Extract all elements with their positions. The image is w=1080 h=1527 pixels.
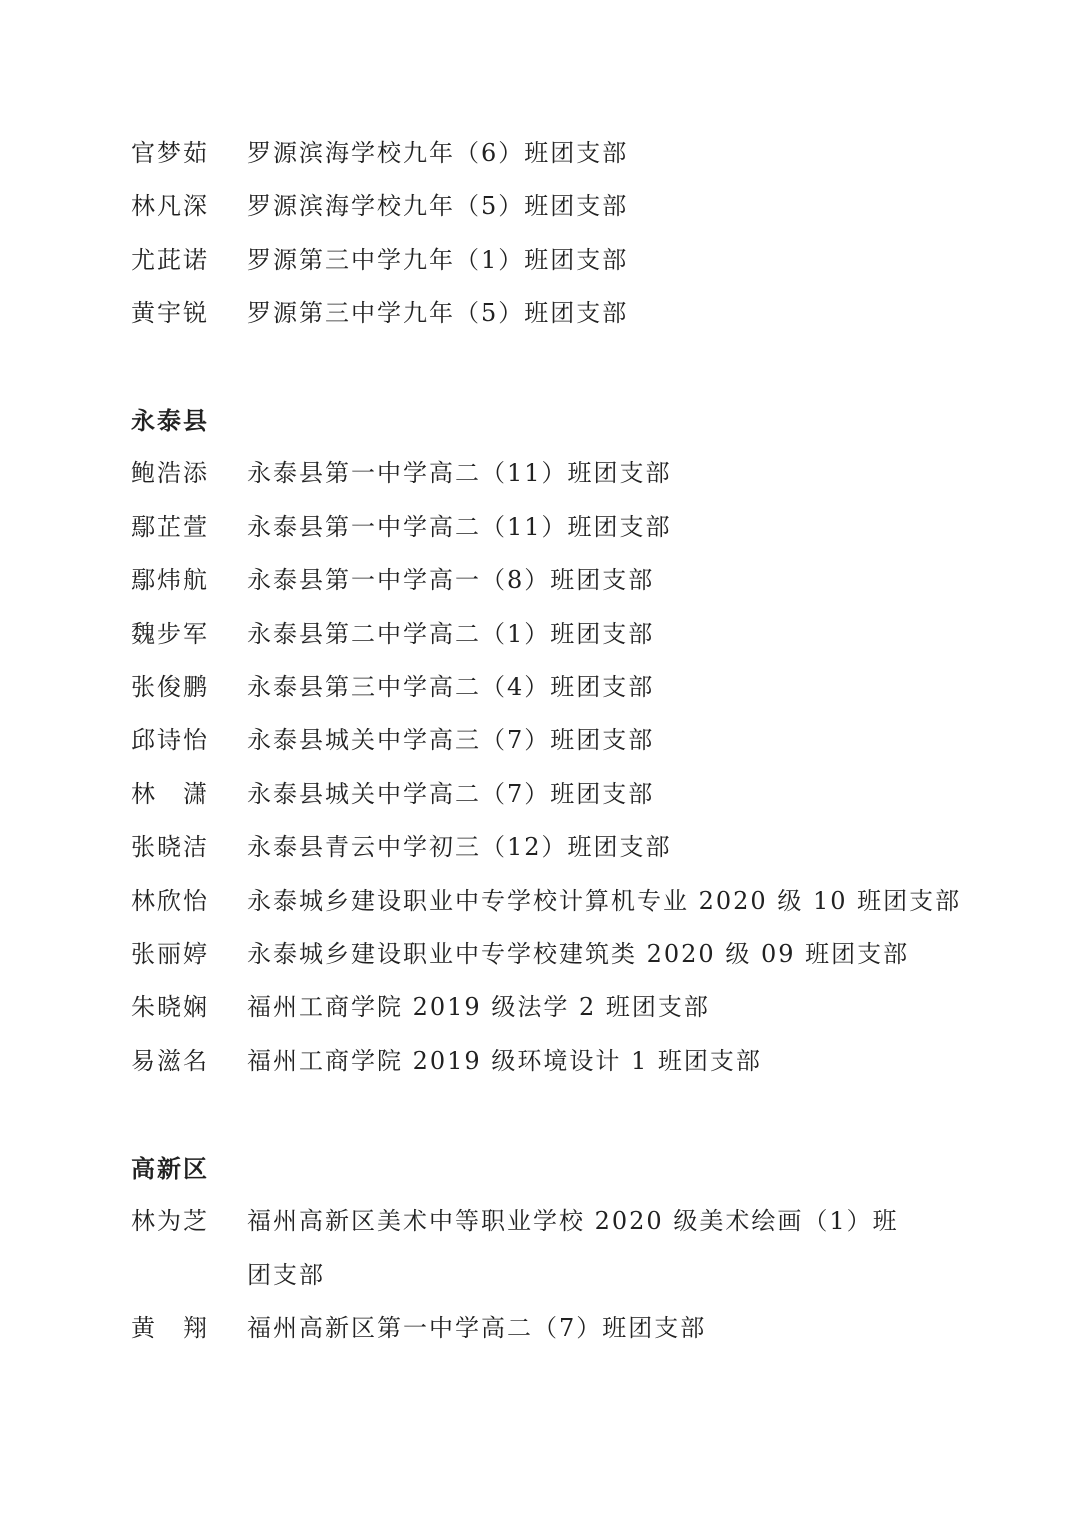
member-name: 魏步军 [131,608,247,661]
league-branch: 永泰城乡建设职业中专学校建筑类 2020 级 09 班团支部 [247,928,980,981]
league-branch: 永泰县第三中学高二（4）班团支部 [247,661,980,714]
league-branch: 永泰城乡建设职业中专学校计算机专业 2020 级 10 班团支部 [247,875,980,928]
member-name: 鄢芷萱 [131,501,247,554]
member-name: 林为芝 [131,1195,247,1248]
member-name: 邱诗怡 [131,714,247,767]
member-name: 鄢炜航 [131,554,247,607]
league-branch: 福州工商学院 2019 级环境设计 1 班团支部 [247,1035,980,1088]
roster-row: 张晓洁 永泰县青云中学初三（12）班团支部 [131,821,980,874]
roster-row: 鄢炜航 永泰县第一中学高一（8）班团支部 [131,554,980,607]
member-name: 林凡深 [131,180,247,233]
roster-row: 黄宇锐 罗源第三中学九年（5）班团支部 [131,287,980,340]
member-name: 官梦茹 [131,127,247,180]
league-branch: 永泰县第一中学高二（11）班团支部 [247,447,980,500]
roster-row: 林凡深 罗源滨海学校九年（5）班团支部 [131,180,980,233]
section-header: 高新区 [131,1142,980,1195]
member-name: 鲍浩添 [131,447,247,500]
roster-row: 尤茈诺 罗源第三中学九年（1）班团支部 [131,234,980,287]
roster-row: 张俊鹏 永泰县第三中学高二（4）班团支部 [131,661,980,714]
member-name: 朱晓娴 [131,981,247,1034]
league-branch: 福州工商学院 2019 级法学 2 班团支部 [247,981,980,1034]
document-page: 官梦茹 罗源滨海学校九年（6）班团支部 林凡深 罗源滨海学校九年（5）班团支部 … [0,0,1080,1527]
roster-list: 官梦茹 罗源滨海学校九年（6）班团支部 林凡深 罗源滨海学校九年（5）班团支部 … [0,0,1080,1355]
league-branch: 永泰县第二中学高二（1）班团支部 [247,608,980,661]
league-branch: 永泰县青云中学初三（12）班团支部 [247,821,980,874]
roster-row: 鲍浩添 永泰县第一中学高二（11）班团支部 [131,447,980,500]
member-name: 易滋名 [131,1035,247,1088]
league-branch: 永泰县城关中学高三（7）班团支部 [247,714,980,767]
roster-row: 黄 翔 福州高新区第一中学高二（7）班团支部 [131,1302,980,1355]
member-name: 黄宇锐 [131,287,247,340]
league-branch: 罗源滨海学校九年（5）班团支部 [247,180,980,233]
roster-row: 鄢芷萱 永泰县第一中学高二（11）班团支部 [131,501,980,554]
member-name: 林 潇 [131,768,247,821]
roster-row: 魏步军 永泰县第二中学高二（1）班团支部 [131,608,980,661]
member-name: 林欣怡 [131,875,247,928]
roster-row: 林欣怡 永泰城乡建设职业中专学校计算机专业 2020 级 10 班团支部 [131,875,980,928]
league-branch: 罗源第三中学九年（1）班团支部 [247,234,980,287]
section-header: 永泰县 [131,394,980,447]
league-branch: 罗源滨海学校九年（6）班团支部 [247,127,980,180]
roster-row: 邱诗怡 永泰县城关中学高三（7）班团支部 [131,714,980,767]
league-branch: 福州高新区美术中等职业学校 2020 级美术绘画（1）班 团支部 [247,1195,980,1302]
roster-row: 林为芝 福州高新区美术中等职业学校 2020 级美术绘画（1）班 团支部 [131,1195,980,1302]
roster-row: 易滋名 福州工商学院 2019 级环境设计 1 班团支部 [131,1035,980,1088]
roster-row: 官梦茹 罗源滨海学校九年（6）班团支部 [131,127,980,180]
league-branch: 永泰县第一中学高一（8）班团支部 [247,554,980,607]
roster-row: 林 潇 永泰县城关中学高二（7）班团支部 [131,768,980,821]
roster-row: 张丽婷 永泰城乡建设职业中专学校建筑类 2020 级 09 班团支部 [131,928,980,981]
member-name: 尤茈诺 [131,234,247,287]
member-name: 张俊鹏 [131,661,247,714]
member-name: 张晓洁 [131,821,247,874]
member-name: 张丽婷 [131,928,247,981]
roster-row: 朱晓娴 福州工商学院 2019 级法学 2 班团支部 [131,981,980,1034]
league-branch: 永泰县第一中学高二（11）班团支部 [247,501,980,554]
league-branch: 永泰县城关中学高二（7）班团支部 [247,768,980,821]
league-branch: 福州高新区第一中学高二（7）班团支部 [247,1302,980,1355]
member-name: 黄 翔 [131,1302,247,1355]
league-branch: 罗源第三中学九年（5）班团支部 [247,287,980,340]
